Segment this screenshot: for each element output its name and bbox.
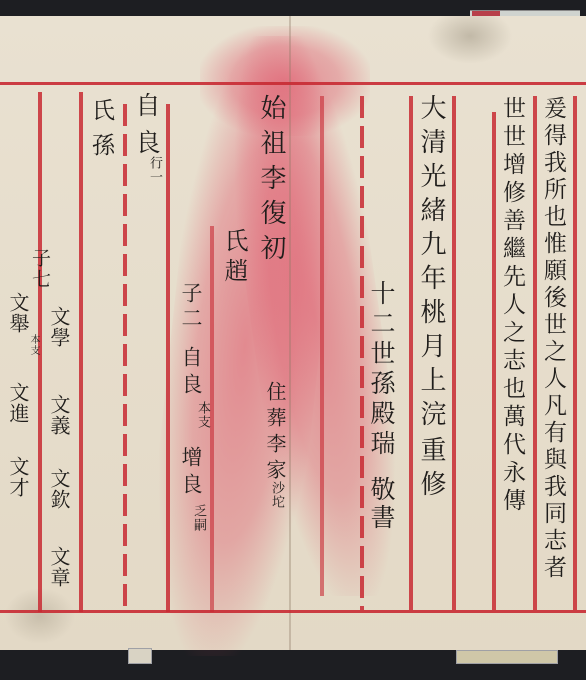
founder-title: 始祖李復初: [258, 94, 284, 269]
gen2-son2: 增良: [180, 446, 201, 500]
top-border-rule: [0, 82, 586, 85]
bottom-binding-tab: [128, 648, 152, 664]
colophon-date: 大清光緒九年桃月上浣: [418, 94, 444, 434]
column-rule: [123, 104, 127, 612]
column-rule: [573, 96, 577, 610]
colophon-author: 十二世孫殿瑞: [369, 280, 394, 460]
gen3-son: 文義: [49, 394, 69, 436]
preface-column-2: 世世增修善繼先人之志也萬代永傳: [500, 96, 523, 516]
gen3-son: 文欽: [49, 468, 69, 510]
gen2-son2-note: 乏嗣: [192, 504, 205, 532]
gen3-son: 文才: [8, 456, 28, 498]
column-rule: [533, 96, 537, 610]
gen3-son: 文舉: [8, 292, 28, 334]
column-rule: [210, 226, 214, 612]
colophon-author-suffix: 敬書: [369, 476, 394, 532]
bottom-binding-tab: [456, 650, 558, 664]
gen3-son-note: 本支: [28, 334, 38, 356]
column-rule: [79, 92, 83, 612]
gen3-sons-count: 子七: [30, 248, 49, 290]
column-rule: [166, 104, 170, 612]
column-rule: [360, 96, 364, 610]
bottom-border-rule: [0, 610, 586, 613]
gen2-son1-note: 本支: [196, 401, 209, 429]
colophon-action: 重修: [418, 436, 444, 504]
preface-column-1: 爰得我所也惟願後世之人凡有與我同志者: [541, 96, 564, 582]
genealogy-page: 爰得我所也惟願後世之人凡有與我同志者 世世增修善繼先人之志也萬代永傳 大清光緒九…: [0, 16, 586, 650]
gen2-main-wife: 氏孫: [89, 98, 112, 168]
founder-wife: 氏趙: [222, 228, 246, 288]
gen3-son: 文進: [8, 382, 28, 424]
founder-burial-label: 住葬李家: [265, 381, 285, 485]
gen3-son: 文學: [49, 306, 69, 348]
center-fold: [289, 16, 291, 650]
gen2-sons-count: 子二: [180, 282, 201, 332]
column-rule: [409, 96, 413, 610]
gen2-son1: 自良: [180, 346, 201, 400]
column-rule: [452, 96, 456, 610]
column-rule: [492, 112, 496, 610]
column-rule: [320, 96, 324, 596]
gen2-main-name: 自良: [134, 92, 159, 166]
founder-burial-place: 沙坨: [270, 481, 283, 509]
gen2-main-rank: 行一: [148, 156, 161, 184]
gen3-son: 文章: [49, 546, 69, 588]
